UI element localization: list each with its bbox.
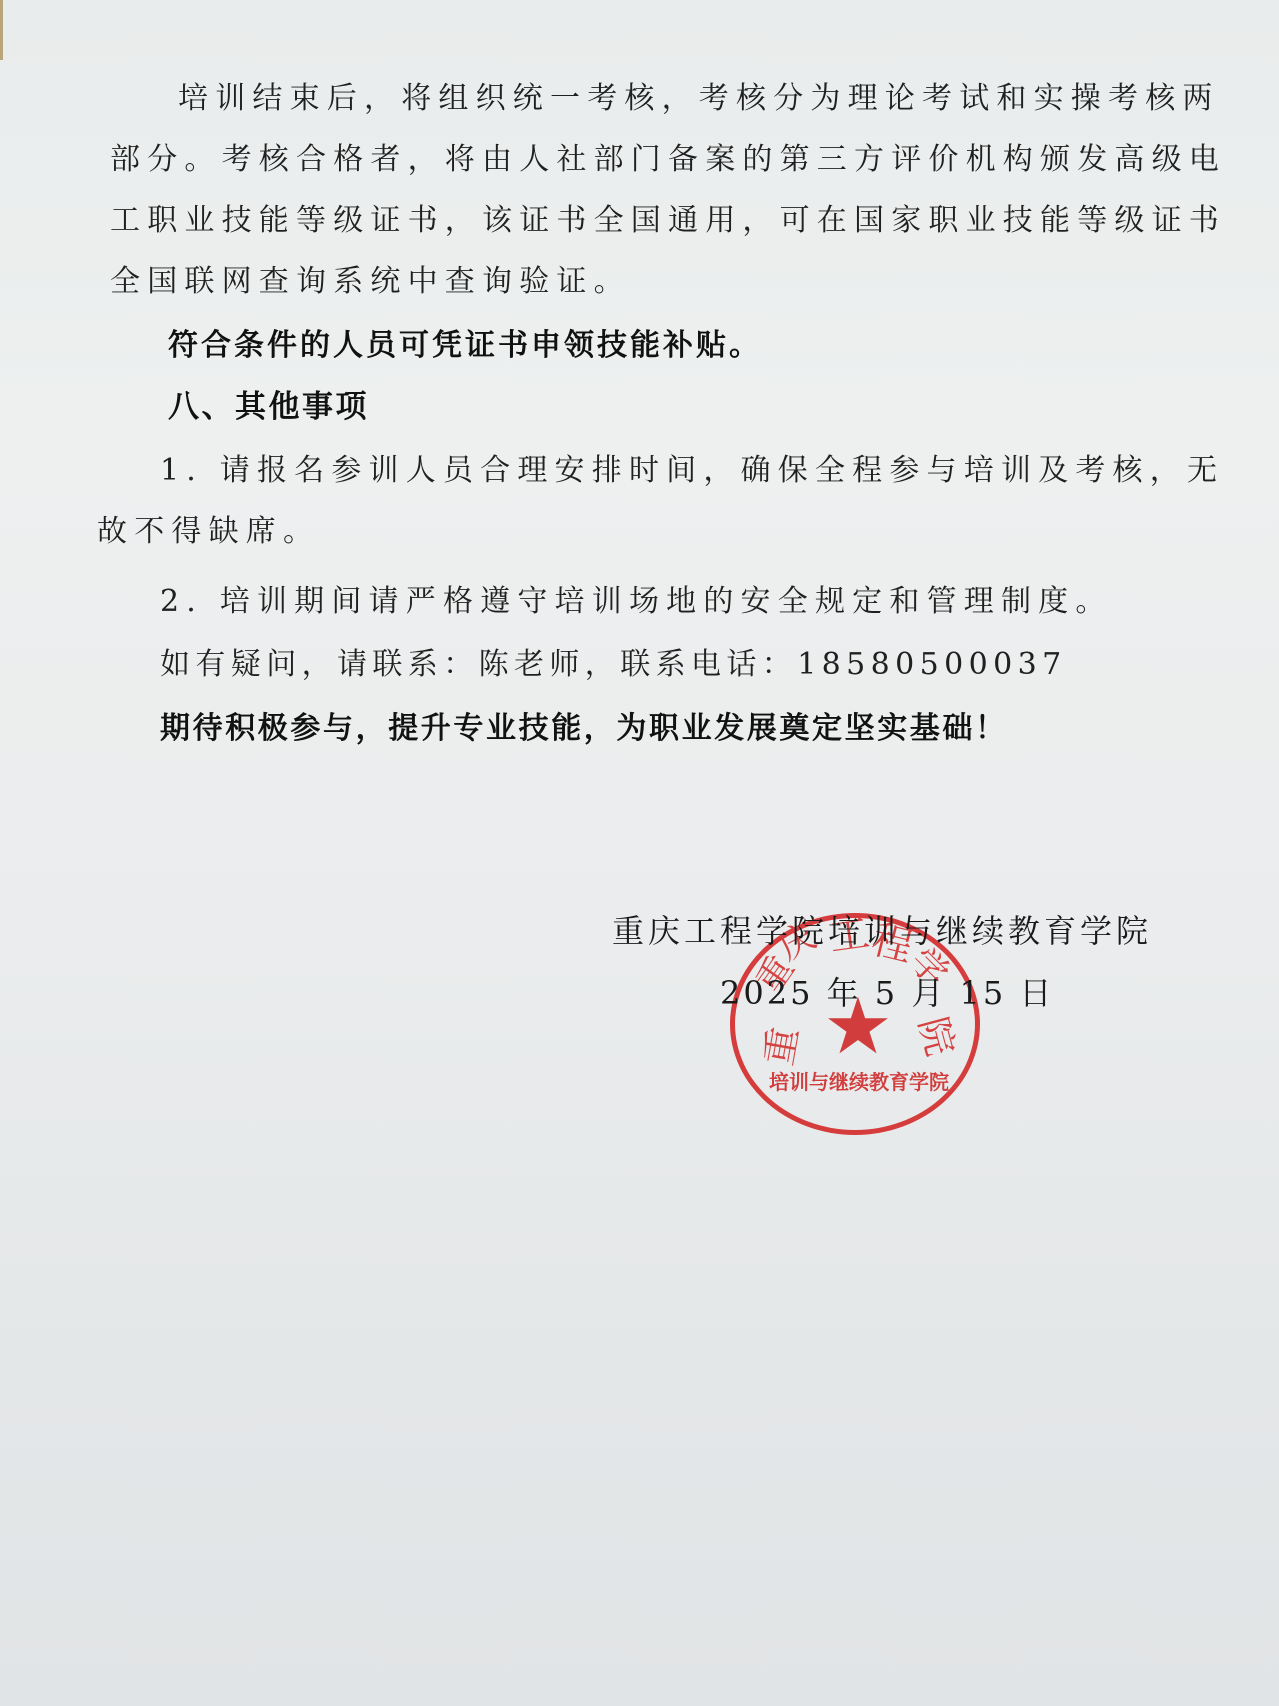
item-1-line-1: 1. 请报名参训人员合理安排时间，确保全程参与培训及考核，无 [160,451,1224,491]
paragraph-exam-line-3: 工职业技能等级证书，该证书全国通用，可在国家职业技能等级证书 [110,201,1226,241]
document-page: 培训结束后，将组织统一考核，考核分为理论考试和实操考核两 部分。考核合格者，将由… [0,0,1279,1706]
signing-date: 2025 年 5 月 15 日 [720,968,1054,1014]
contact-line: 如有疑问，请联系：陈老师，联系电话：18580500037 [160,645,1067,685]
paragraph-exam-line-2: 部分。考核合格者，将由人社部门备案的第三方评价机构颁发高级电 [110,140,1226,180]
section-heading-other-matters: 八、其他事项 [168,387,369,427]
item-2: 2. 培训期间请严格遵守培训场地的安全规定和管理制度。 [160,582,1113,622]
seal-char: 重 [748,1022,809,1069]
seal-bottom-text: 培训与继续教育学院 [769,1066,949,1095]
closing-remark: 期待积极参与，提升专业技能，为职业发展奠定坚实基础！ [160,709,1008,749]
item-1-line-2: 故不得缺席。 [97,512,320,552]
paragraph-exam-line-4: 全国联网查询系统中查询验证。 [110,262,631,302]
subsidy-note: 符合条件的人员可凭证书申领技能补贴。 [168,326,762,366]
seal-char: 院 [909,1010,972,1061]
paragraph-exam-line-1: 培训结束后，将组织统一考核，考核分为理论考试和实操考核两 [178,79,1220,119]
signing-organization: 重庆工程学院培训与继续教育学院 [612,906,1152,952]
